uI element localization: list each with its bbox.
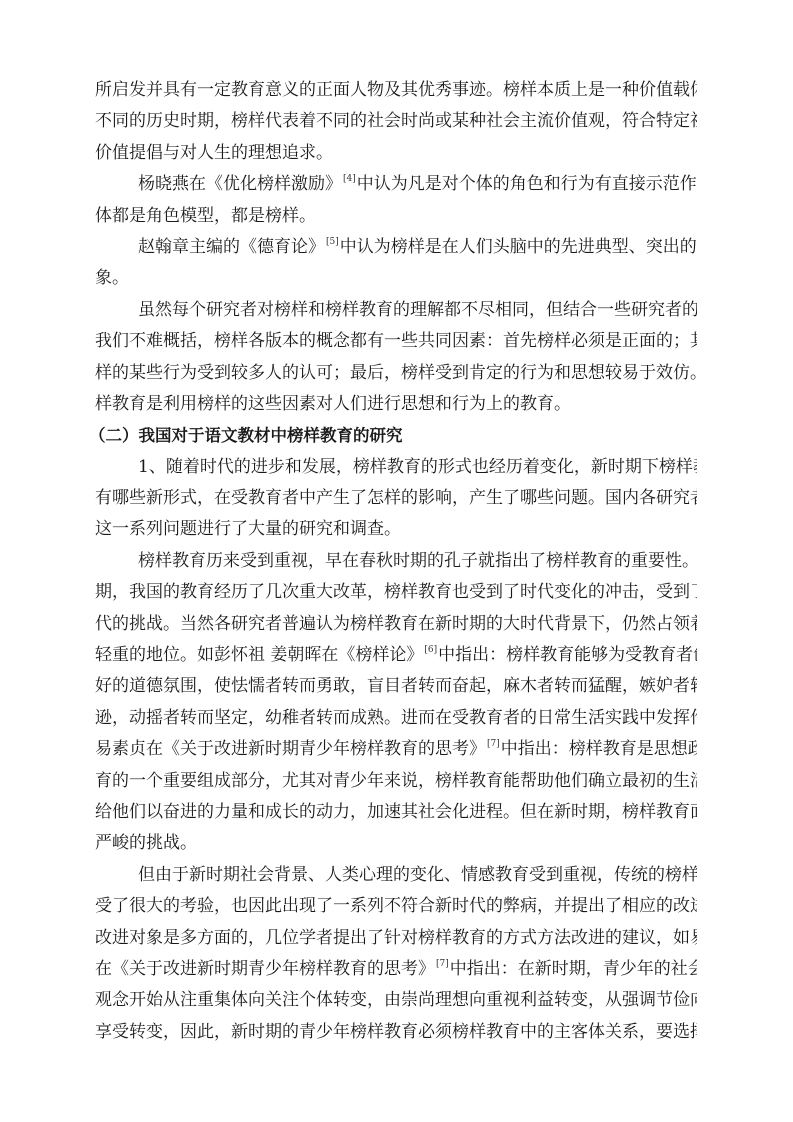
text-run: 轻重的地位。如彭怀祖 姜朝晖在《榜样论》 [95, 645, 423, 665]
text-line: 好的道德氛围，使怯懦者转而勇敢，盲目者转而奋起，麻木者转而猛醒，嫉妒者转而谦 [95, 671, 697, 702]
citation-marker: [6] [424, 645, 437, 655]
text-line: 严峻的挑战。 [95, 828, 697, 859]
text-line: 我们不难概括，榜样各版本的概念都有一些共同因素：首先榜样必须是正面的；其次榜 [95, 326, 697, 357]
text-line: 这一系列问题进行了大量的研究和调查。 [95, 514, 697, 545]
paragraph-reform-measures: 但由于新时期社会背景、人类心理的变化、情感教育受到重视，传统的榜样教育经 受了很… [95, 860, 697, 1048]
text-line: 象。 [95, 263, 697, 294]
text-run: 中指出：在新时期，青少年的社会价值 [450, 959, 697, 979]
text-run: 赵翰章主编的《德育论》 [138, 237, 325, 257]
text-line: 育的一个重要组成部分，尤其对青少年来说，榜样教育能帮助他们确立最初的生活指向， [95, 766, 697, 797]
paragraph-history-importance: 榜样教育历来受到重视，早在春秋时期的孔子就指出了榜样教育的重要性。在新时 期，我… [95, 546, 697, 860]
text-line: 观念开始从注重集体向关注个体转变，由崇尚理想向重视利益转变，从强调节俭向尊重 [95, 985, 697, 1016]
text-line: 价值提倡与对人生的理想追求。 [95, 138, 697, 169]
text-line: 易素贞在《关于改进新时期青少年榜样教育的思考》[7]中指出：榜样教育是思想政治教 [95, 734, 697, 765]
text-run: 中认为榜样是在人们头脑中的先进典型、突出的人物形 [340, 237, 697, 257]
paragraph-definition-continued: 所启发并具有一定教育意义的正面人物及其优秀事迹。榜样本质上是一种价值载体，在 不… [95, 75, 697, 169]
text-line: 虽然每个研究者对榜样和榜样教育的理解都不尽相同，但结合一些研究者的观点， [95, 295, 697, 326]
text-run: 杨晓燕在《优化榜样激励》 [138, 174, 342, 194]
text-line: 样的某些行为受到较多人的认可；最后，榜样受到肯定的行为和思想较易于效仿。而榜 [95, 358, 697, 389]
text-line: 轻重的地位。如彭怀祖 姜朝晖在《榜样论》[6]中指出：榜样教育能够为受教育者创造… [95, 640, 697, 671]
text-line: 代的挑战。当然各研究者普遍认为榜样教育在新时期的大时代背景下，仍然占领着举足 [95, 609, 697, 640]
citation-marker: [5] [326, 237, 339, 247]
text-line: 在《关于改进新时期青少年榜样教育的思考》[7]中指出：在新时期，青少年的社会价值 [95, 954, 697, 985]
text-line: 榜样教育历来受到重视，早在春秋时期的孔子就指出了榜样教育的重要性。在新时 [95, 546, 697, 577]
text-line: 享受转变，因此，新时期的青少年榜样教育必须榜样教育中的主客体关系，要选择多元 [95, 1017, 697, 1048]
text-run: 中指出：榜样教育是思想政治教 [501, 739, 697, 759]
text-line: 1、随着时代的进步和发展，榜样教育的形式也经历着变化，新时期下榜样教育又 [95, 452, 697, 483]
citation-marker: [7] [436, 959, 449, 969]
text-line: 杨晓燕在《优化榜样激励》[4]中认为凡是对个体的角色和行为有直接示范作用的个 [95, 169, 697, 200]
text-line: 样教育是利用榜样的这些因素对人们进行思想和行为上的教育。 [95, 389, 697, 420]
paragraph-summary: 虽然每个研究者对榜样和榜样教育的理解都不尽相同，但结合一些研究者的观点， 我们不… [95, 295, 697, 421]
paragraph-yang-xiaoyan: 杨晓燕在《优化榜样激励》[4]中认为凡是对个体的角色和行为有直接示范作用的个 体… [95, 169, 697, 232]
text-line: 有哪些新形式，在受教育者中产生了怎样的影响，产生了哪些问题。国内各研究者针对 [95, 483, 697, 514]
text-line: 改进对象是多方面的，几位学者提出了针对榜样教育的方式方法改进的建议，如易素贞 [95, 923, 697, 954]
paragraph-zhao-hanzhang: 赵翰章主编的《德育论》[5]中认为榜样是在人们头脑中的先进典型、突出的人物形 象… [95, 232, 697, 295]
text-line: 期，我国的教育经历了几次重大改革，榜样教育也受到了时代变化的冲击，受到了新时 [95, 577, 697, 608]
text-line: 所启发并具有一定教育意义的正面人物及其优秀事迹。榜样本质上是一种价值载体，在 [95, 75, 697, 106]
document-page: 所启发并具有一定教育意义的正面人物及其优秀事迹。榜样本质上是一种价值载体，在 不… [95, 75, 697, 1048]
citation-marker: [4] [343, 174, 356, 184]
text-line: 体都是角色模型，都是榜样。 [95, 201, 697, 232]
text-run: 易素贞在《关于改进新时期青少年榜样教育的思考》 [95, 739, 486, 759]
text-run: 中认为凡是对个体的角色和行为有直接示范作用的个 [357, 174, 697, 194]
section-heading: （二）我国对于语文教材中榜样教育的研究 [89, 420, 697, 451]
text-run: 中指出：榜样教育能够为受教育者创造良 [438, 645, 697, 665]
text-line: 但由于新时期社会背景、人类心理的变化、情感教育受到重视，传统的榜样教育经 [95, 860, 697, 891]
paragraph-new-era-forms: 1、随着时代的进步和发展，榜样教育的形式也经历着变化，新时期下榜样教育又 有哪些… [95, 452, 697, 546]
text-run: 在《关于改进新时期青少年榜样教育的思考》 [95, 959, 435, 979]
text-line: 赵翰章主编的《德育论》[5]中认为榜样是在人们头脑中的先进典型、突出的人物形 [95, 232, 697, 263]
text-line: 逊，动摇者转而坚定，幼稚者转而成熟。进而在受教育者的日常生活实践中发挥作用。 [95, 703, 697, 734]
text-line: 不同的历史时期，榜样代表着不同的社会时尚或某种社会主流价值观，符合特定社会的 [95, 106, 697, 137]
text-line: 受了很大的考验，也因此出现了一系列不符合新时代的弊病，并提出了相应的改进措施。 [95, 891, 697, 922]
text-line: 给他们以奋进的力量和成长的动力，加速其社会化进程。但在新时期，榜样教育面临着 [95, 797, 697, 828]
citation-marker: [7] [487, 739, 500, 749]
